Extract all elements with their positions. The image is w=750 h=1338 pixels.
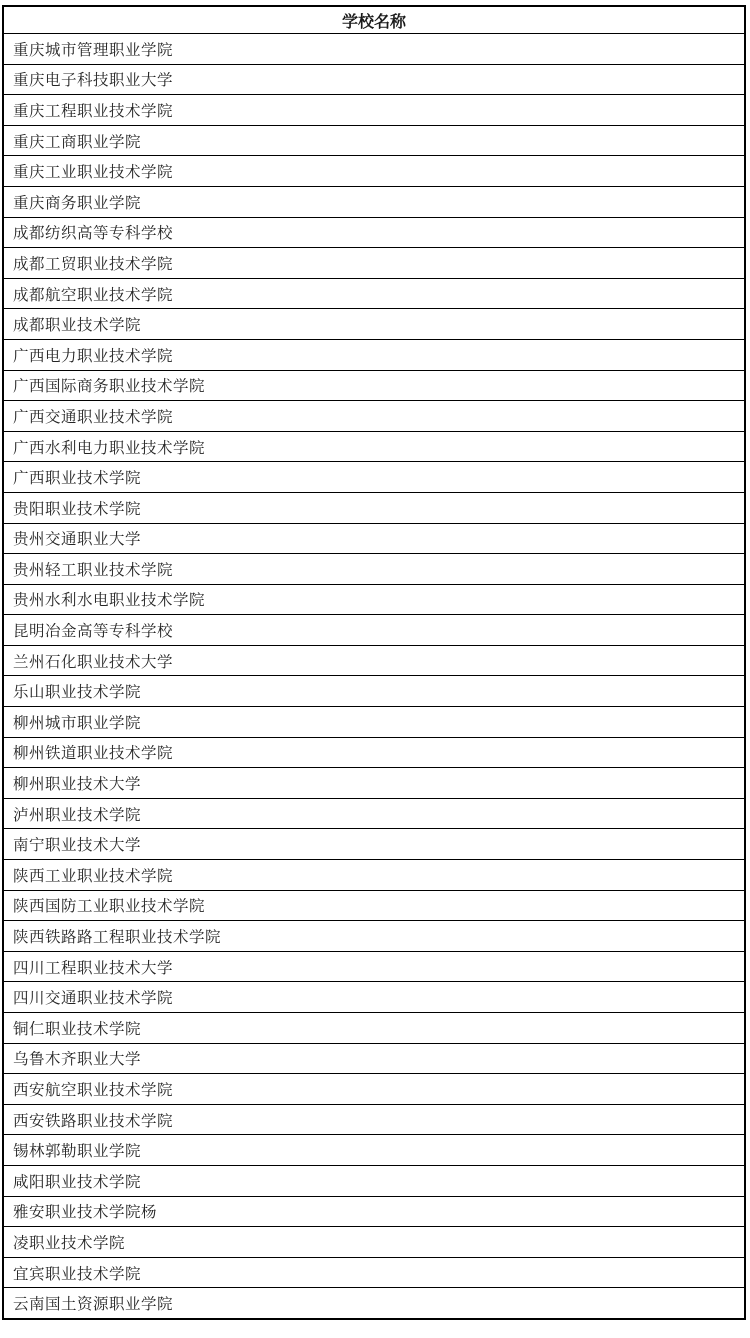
- school-name-cell: 广西电力职业技术学院: [3, 339, 745, 370]
- table-head: 学校名称: [3, 6, 745, 34]
- school-name-cell: 重庆工程职业技术学院: [3, 95, 745, 126]
- school-name-cell: 广西交通职业技术学院: [3, 401, 745, 432]
- table-row: 咸阳职业技术学院: [3, 1165, 745, 1196]
- table-row: 重庆工程职业技术学院: [3, 95, 745, 126]
- table-row: 广西电力职业技术学院: [3, 339, 745, 370]
- table-row: 广西交通职业技术学院: [3, 401, 745, 432]
- school-name-cell: 重庆电子科技职业大学: [3, 64, 745, 95]
- table-row: 柳州职业技术大学: [3, 768, 745, 799]
- table-row: 兰州石化职业技术大学: [3, 645, 745, 676]
- school-name-cell: 重庆商务职业学院: [3, 186, 745, 217]
- school-name-table: 学校名称 重庆城市管理职业学院重庆电子科技职业大学重庆工程职业技术学院重庆工商职…: [2, 5, 746, 1320]
- school-name-cell: 贵州交通职业大学: [3, 523, 745, 554]
- school-name-cell: 成都纺织高等专科学校: [3, 217, 745, 248]
- table-row: 泸州职业技术学院: [3, 798, 745, 829]
- school-name-cell: 贵州水利水电职业技术学院: [3, 584, 745, 615]
- school-name-cell: 凌职业技术学院: [3, 1227, 745, 1258]
- table-row: 陕西铁路路工程职业技术学院: [3, 921, 745, 952]
- table-row: 雅安职业技术学院杨: [3, 1196, 745, 1227]
- school-name-cell: 成都职业技术学院: [3, 309, 745, 340]
- table-row: 成都纺织高等专科学校: [3, 217, 745, 248]
- table-row: 重庆商务职业学院: [3, 186, 745, 217]
- table-row: 南宁职业技术大学: [3, 829, 745, 860]
- table-row: 成都职业技术学院: [3, 309, 745, 340]
- school-name-cell: 重庆工业职业技术学院: [3, 156, 745, 187]
- school-name-cell: 陕西工业职业技术学院: [3, 860, 745, 891]
- school-name-cell: 贵阳职业技术学院: [3, 492, 745, 523]
- table-row: 成都工贸职业技术学院: [3, 248, 745, 279]
- school-name-cell: 南宁职业技术大学: [3, 829, 745, 860]
- table-row: 陕西工业职业技术学院: [3, 860, 745, 891]
- school-name-cell: 重庆工商职业学院: [3, 125, 745, 156]
- table-row: 西安铁路职业技术学院: [3, 1104, 745, 1135]
- school-name-cell: 四川交通职业技术学院: [3, 982, 745, 1013]
- table-row: 乐山职业技术学院: [3, 676, 745, 707]
- table-row: 贵阳职业技术学院: [3, 492, 745, 523]
- school-name-cell: 宜宾职业技术学院: [3, 1257, 745, 1288]
- school-name-cell: 云南国土资源职业学院: [3, 1288, 745, 1319]
- school-name-cell: 贵州轻工职业技术学院: [3, 554, 745, 585]
- table-row: 重庆工业职业技术学院: [3, 156, 745, 187]
- school-name-cell: 重庆城市管理职业学院: [3, 34, 745, 65]
- table-row: 贵州交通职业大学: [3, 523, 745, 554]
- table-row: 柳州城市职业学院: [3, 707, 745, 738]
- school-name-cell: 成都工贸职业技术学院: [3, 248, 745, 279]
- table-row: 西安航空职业技术学院: [3, 1074, 745, 1105]
- school-name-cell: 咸阳职业技术学院: [3, 1165, 745, 1196]
- page-content: 学校名称 重庆城市管理职业学院重庆电子科技职业大学重庆工程职业技术学院重庆工商职…: [0, 0, 750, 1325]
- table-row: 重庆工商职业学院: [3, 125, 745, 156]
- school-name-cell: 昆明冶金高等专科学校: [3, 615, 745, 646]
- table-row: 锡林郭勒职业学院: [3, 1135, 745, 1166]
- school-name-cell: 泸州职业技术学院: [3, 798, 745, 829]
- table-row: 柳州铁道职业技术学院: [3, 737, 745, 768]
- school-name-cell: 西安铁路职业技术学院: [3, 1104, 745, 1135]
- school-name-cell: 广西职业技术学院: [3, 462, 745, 493]
- school-name-cell: 广西国际商务职业技术学院: [3, 370, 745, 401]
- table-row: 云南国土资源职业学院: [3, 1288, 745, 1319]
- table-row: 广西水利电力职业技术学院: [3, 431, 745, 462]
- table-row: 重庆城市管理职业学院: [3, 34, 745, 65]
- table-row: 乌鲁木齐职业大学: [3, 1043, 745, 1074]
- table-row: 重庆电子科技职业大学: [3, 64, 745, 95]
- table-body: 重庆城市管理职业学院重庆电子科技职业大学重庆工程职业技术学院重庆工商职业学院重庆…: [3, 34, 745, 1319]
- school-name-cell: 四川工程职业技术大学: [3, 951, 745, 982]
- school-name-cell: 广西水利电力职业技术学院: [3, 431, 745, 462]
- school-name-cell: 兰州石化职业技术大学: [3, 645, 745, 676]
- school-name-cell: 成都航空职业技术学院: [3, 278, 745, 309]
- school-name-cell: 雅安职业技术学院杨: [3, 1196, 745, 1227]
- table-row: 铜仁职业技术学院: [3, 1013, 745, 1044]
- table-row: 四川交通职业技术学院: [3, 982, 745, 1013]
- table-row: 凌职业技术学院: [3, 1227, 745, 1258]
- table-row: 宜宾职业技术学院: [3, 1257, 745, 1288]
- school-name-cell: 陕西国防工业职业技术学院: [3, 890, 745, 921]
- school-name-column-header: 学校名称: [3, 6, 745, 34]
- table-row: 贵州水利水电职业技术学院: [3, 584, 745, 615]
- school-name-cell: 乐山职业技术学院: [3, 676, 745, 707]
- table-row: 广西国际商务职业技术学院: [3, 370, 745, 401]
- school-name-cell: 西安航空职业技术学院: [3, 1074, 745, 1105]
- table-row: 昆明冶金高等专科学校: [3, 615, 745, 646]
- table-row: 广西职业技术学院: [3, 462, 745, 493]
- table-row: 四川工程职业技术大学: [3, 951, 745, 982]
- school-name-cell: 柳州铁道职业技术学院: [3, 737, 745, 768]
- table-row: 成都航空职业技术学院: [3, 278, 745, 309]
- table-row: 陕西国防工业职业技术学院: [3, 890, 745, 921]
- table-row: 贵州轻工职业技术学院: [3, 554, 745, 585]
- school-name-cell: 柳州城市职业学院: [3, 707, 745, 738]
- school-name-cell: 乌鲁木齐职业大学: [3, 1043, 745, 1074]
- school-name-cell: 锡林郭勒职业学院: [3, 1135, 745, 1166]
- school-name-cell: 陕西铁路路工程职业技术学院: [3, 921, 745, 952]
- school-name-cell: 铜仁职业技术学院: [3, 1013, 745, 1044]
- header-row: 学校名称: [3, 6, 745, 34]
- school-name-cell: 柳州职业技术大学: [3, 768, 745, 799]
